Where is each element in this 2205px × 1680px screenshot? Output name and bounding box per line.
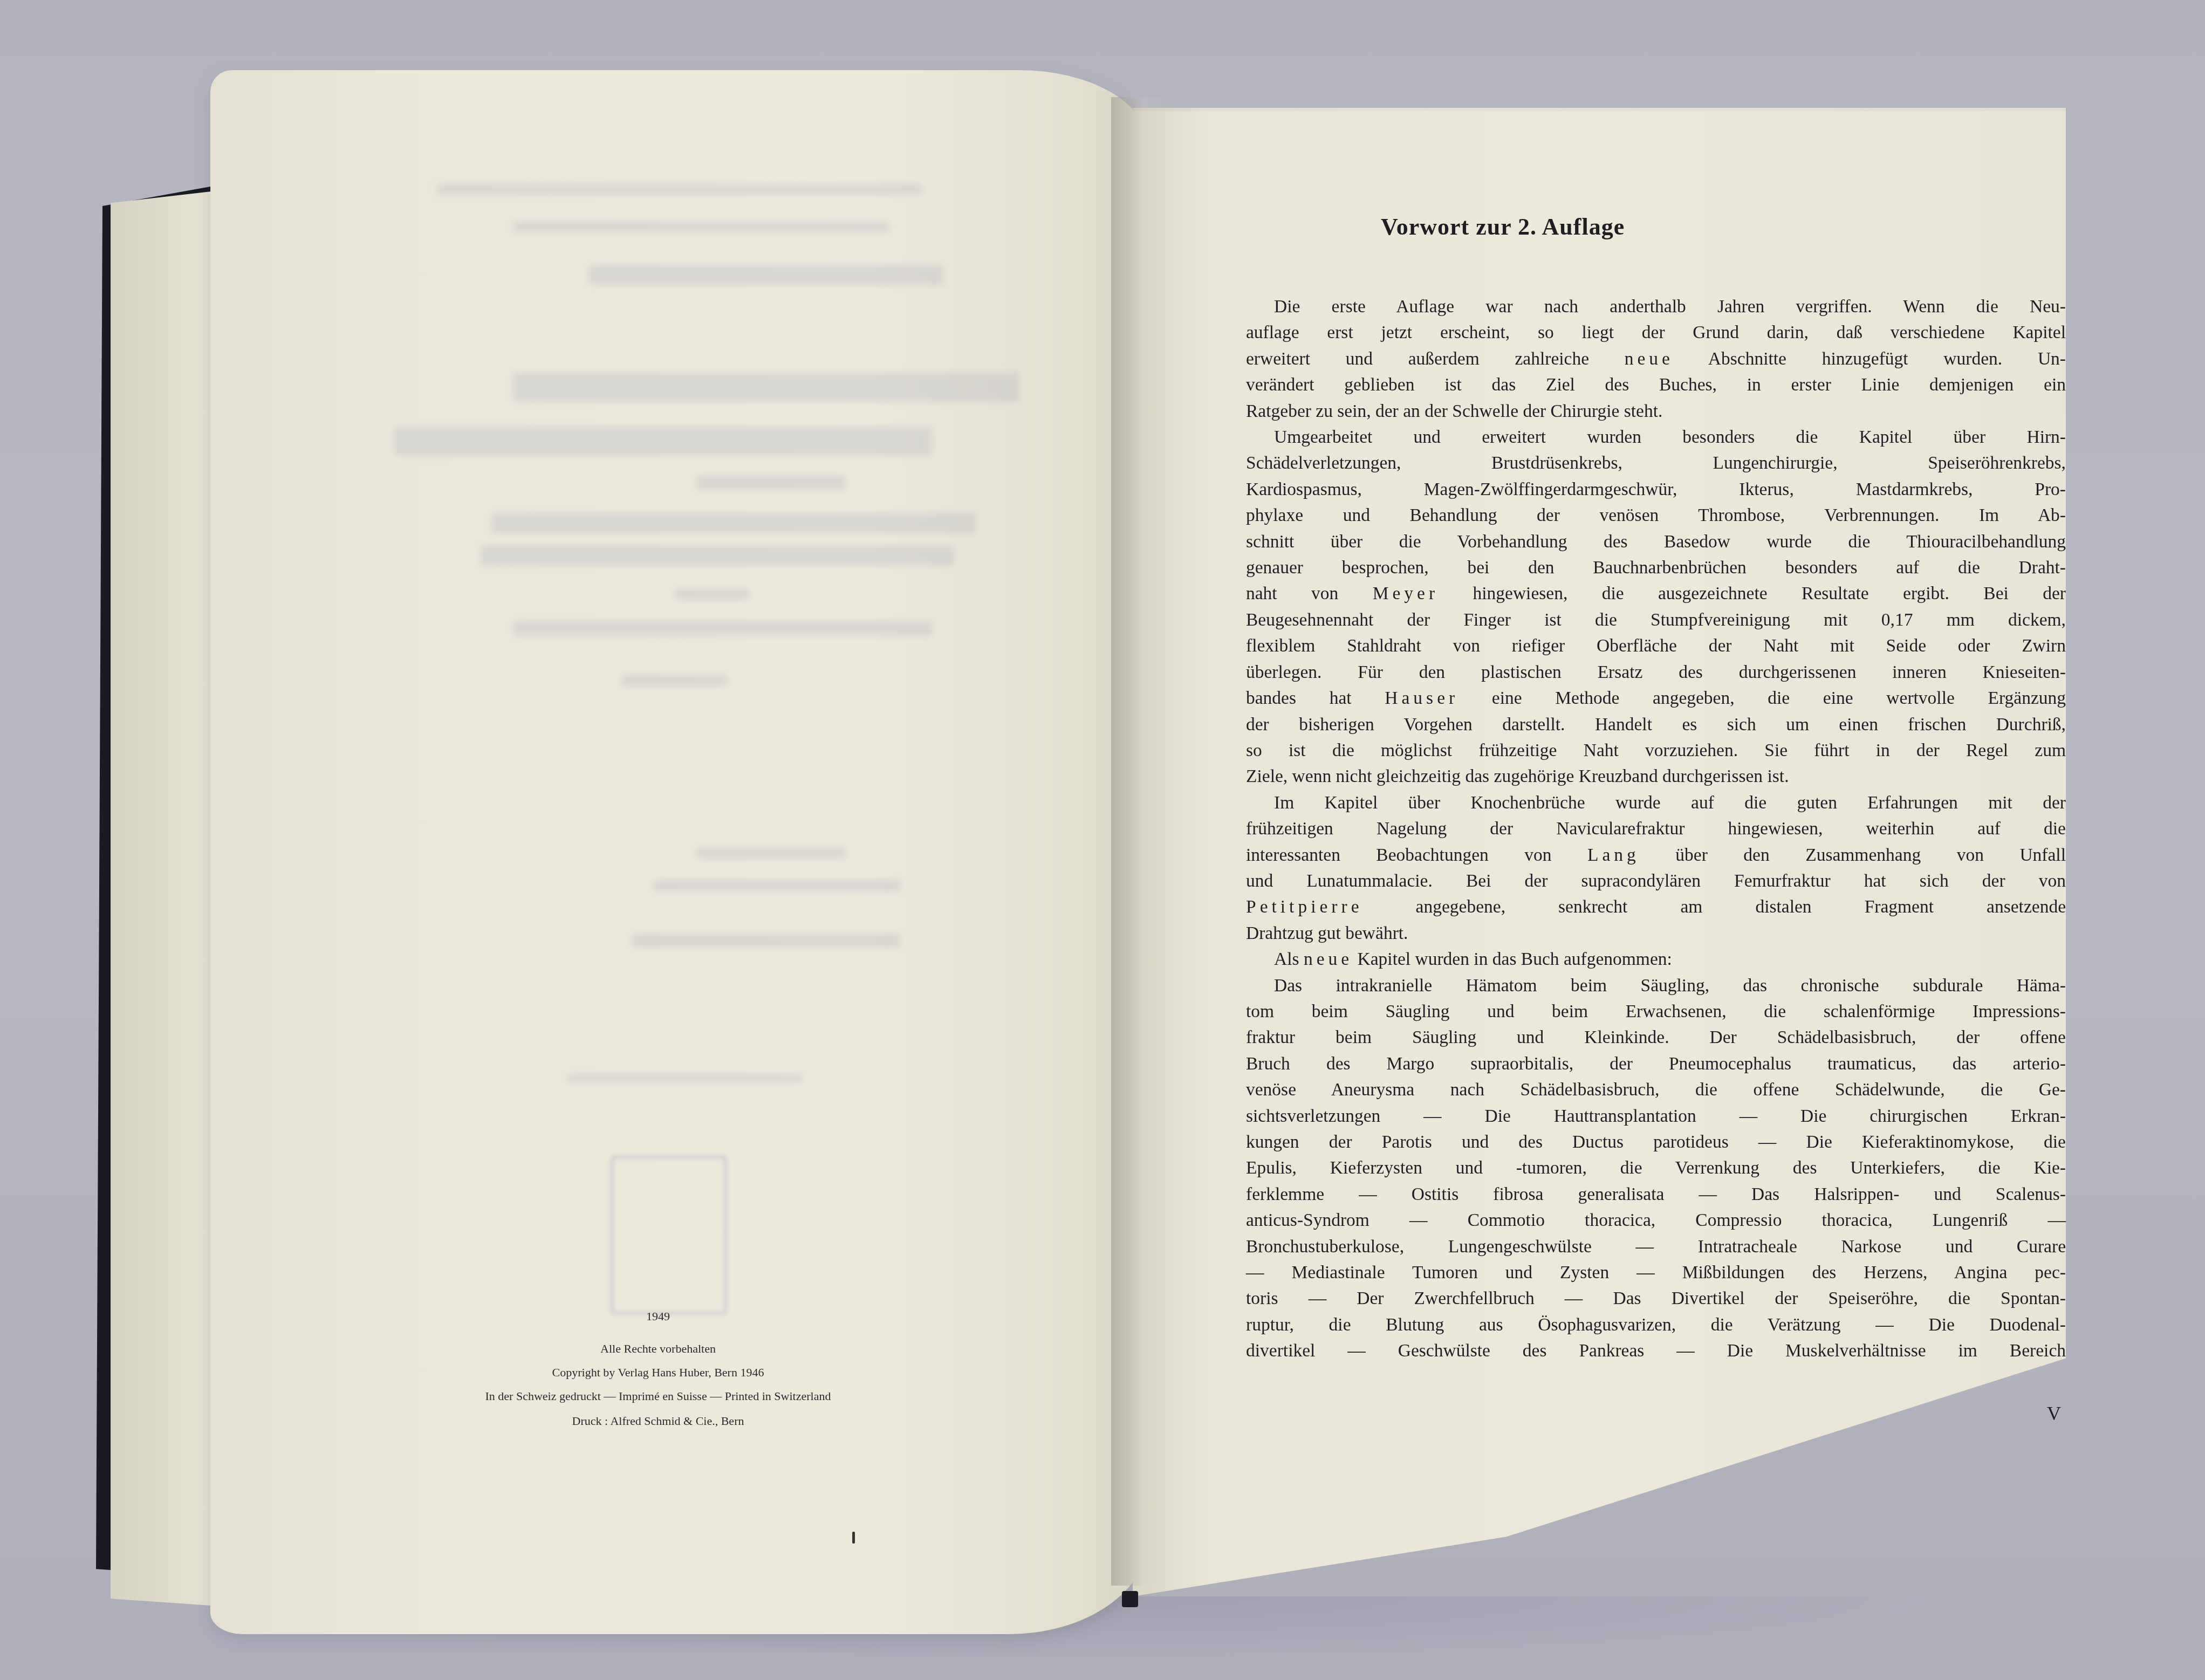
- text-line: kungen der Parotis und des Ductus paroti…: [1246, 1129, 2066, 1155]
- text-line: so ist die möglichst frühzeitige Naht vo…: [1246, 738, 2066, 764]
- text-line: Epulis, Kieferzysten und -tumoren, die V…: [1246, 1155, 2066, 1181]
- text-line: Drahtzug gut bewährt.: [1246, 921, 2066, 947]
- left-page: 1949 Alle Rechte vorbehalten Copyright b…: [210, 70, 1149, 1634]
- text-line: Beugesehnennaht der Finger ist die Stump…: [1246, 607, 2066, 633]
- text-line: flexiblem Stahldraht von riefiger Oberfl…: [1246, 633, 2066, 659]
- text-line: interessanten Beobachtungen von Lang übe…: [1246, 842, 2066, 868]
- text-line: divertikel — Geschwülste des Pankreas — …: [1246, 1338, 2066, 1364]
- text-line: Das intrakranielle Hämatom beim Säugling…: [1246, 973, 2066, 999]
- text-line: frühzeitigen Nagelung der Navicularefrak…: [1246, 816, 2066, 842]
- book-gutter: [1111, 97, 1170, 1586]
- text-line: phylaxe und Behandlung der venösen Throm…: [1246, 503, 2066, 529]
- text-line: Bronchustuberkulose, Lungengeschwülste —…: [1246, 1234, 2066, 1260]
- text-line: bandes hat Hauser eine Methode angegeben…: [1246, 685, 2066, 711]
- text-line: ferklemme — Ostitis fibrosa generalisata…: [1246, 1182, 2066, 1208]
- text-line: der bisherigen Vorgehen darstellt. Hande…: [1246, 712, 2066, 738]
- text-line: Schädelverletzungen, Brustdrüsenkrebs, L…: [1246, 450, 2066, 476]
- page-number: V: [2047, 1402, 2061, 1425]
- text-line: erweitert und außerdem zahlreiche neue A…: [1246, 346, 2066, 372]
- preface-body: Die erste Auflage war nach anderthalb Ja…: [1246, 294, 2066, 1364]
- text-line: anticus-Syndrom — Commotio thoracica, Co…: [1246, 1208, 2066, 1233]
- imprint-printed-in: In der Schweiz gedruckt — Imprimé en Sui…: [210, 1390, 1106, 1402]
- text-line: fraktur beim Säugling und Kleinkinde. De…: [1246, 1025, 2066, 1051]
- imprint-rights: Alle Rechte vorbehalten: [210, 1343, 1106, 1355]
- text-line: Als neue Kapitel wurden in das Buch aufg…: [1246, 947, 2066, 972]
- text-line: venöse Aneurysma nach Schädelbasisbruch,…: [1246, 1077, 2066, 1103]
- ink-mark: [852, 1532, 855, 1544]
- text-line: Bruch des Margo supraorbitalis, der Pneu…: [1246, 1051, 2066, 1077]
- text-line: Ratgeber zu sein, der an der Schwelle de…: [1246, 399, 2066, 424]
- text-line: sichtsverletzungen — Die Hauttransplanta…: [1246, 1103, 2066, 1129]
- text-line: — Mediastinale Tumoren und Zysten — Mißb…: [1246, 1260, 2066, 1286]
- text-line: naht von Meyer hingewiesen, die ausgezei…: [1246, 581, 2066, 607]
- text-line: toris — Der Zwerchfellbruch — Das Divert…: [1246, 1286, 2066, 1312]
- text-line: und Lunatummalacie. Bei der supracondylä…: [1246, 868, 2066, 894]
- text-line: genauer besprochen, bei den Bauchnarbenb…: [1246, 555, 2066, 581]
- text-line: tom beim Säugling und beim Erwachsenen, …: [1246, 999, 2066, 1025]
- text-line: Die erste Auflage war nach anderthalb Ja…: [1246, 294, 2066, 320]
- imprint-printer: Druck : Alfred Schmid & Cie., Bern: [210, 1415, 1106, 1427]
- publisher-logo-showthrough: [610, 1154, 728, 1316]
- text-line: Ziele, wenn nicht gleichzeitig das zugeh…: [1246, 764, 2066, 790]
- page-heading: Vorwort zur 2. Auflage: [1381, 213, 1920, 241]
- book-cover-bottom-corner: [1122, 1591, 1138, 1607]
- text-line: Umgearbeitet und erweitert wurden besond…: [1246, 424, 2066, 450]
- text-line: Petitpierre angegebene, senkrecht am dis…: [1246, 894, 2066, 920]
- text-line: schnitt über die Vorbehandlung des Based…: [1246, 529, 2066, 555]
- text-line: verändert geblieben ist das Ziel des Buc…: [1246, 372, 2066, 398]
- text-line: ruptur, die Blutung aus Ösophagusvarizen…: [1246, 1312, 2066, 1338]
- text-line: auflage erst jetzt erscheint, so liegt d…: [1246, 320, 2066, 346]
- imprint-copyright: Copyright by Verlag Hans Huber, Bern 194…: [210, 1367, 1106, 1379]
- text-line: überlegen. Für den plastischen Ersatz de…: [1246, 660, 2066, 685]
- text-line: Im Kapitel über Knochenbrüche wurde auf …: [1246, 790, 2066, 816]
- imprint-block: 1949 Alle Rechte vorbehalten Copyright b…: [210, 1311, 1106, 1439]
- text-line: Kardiospasmus, Magen-Zwölffingerdarmgesc…: [1246, 477, 2066, 503]
- imprint-year: 1949: [210, 1311, 1106, 1322]
